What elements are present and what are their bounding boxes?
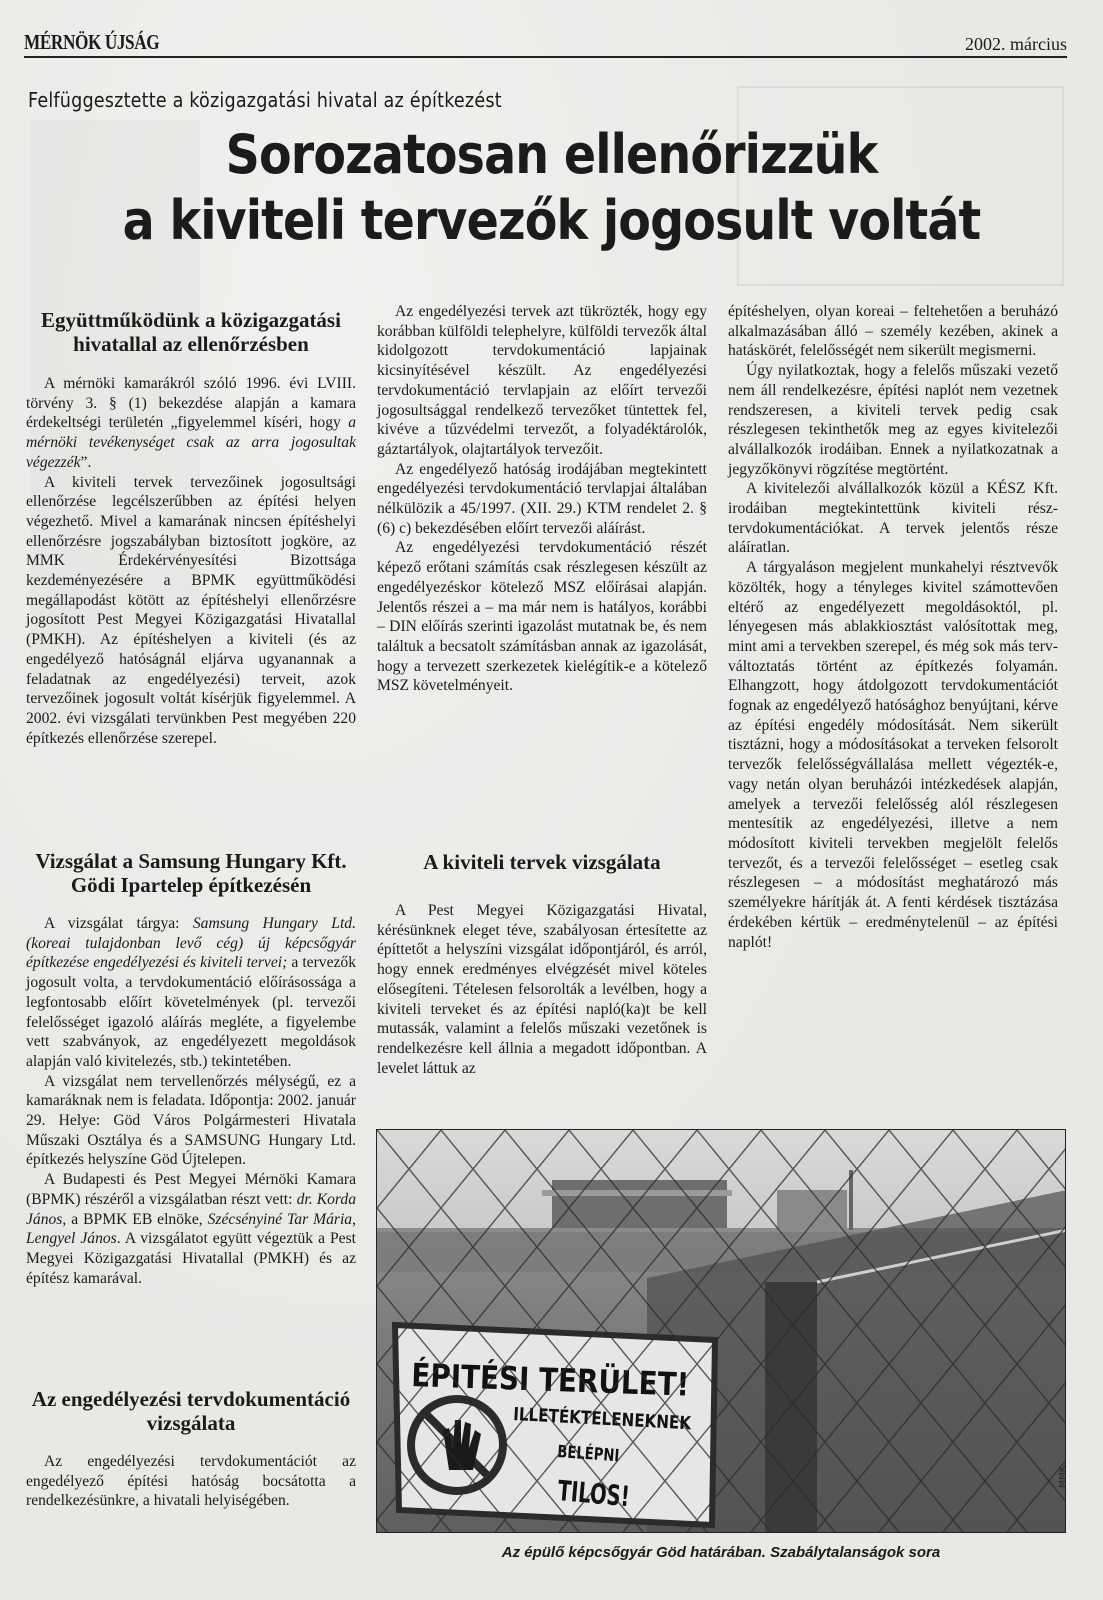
publication-title: MÉRNÖK ÚJSÁG [24,30,159,55]
execution-section-body: A Pest Megyei Közigazgatási Hivatal, kér… [377,901,707,1078]
issue-date: 2002. március [965,34,1067,55]
paragraph: Az engedélyezési tervdokumentáció részét… [377,538,707,696]
subhead-execution-plans: A kiviteli tervek vizsgálata [377,850,707,874]
paragraph: A kiviteli tervek tervezőinek jogosultsá… [26,473,356,749]
paragraph: Az engedélyezési tervek azt tükrözték, h… [377,302,707,460]
subhead-permit-docs: Az engedélyezési tervdokumentáció vizsgá… [26,1387,356,1435]
paragraph: Az engedélyező hatóság irodájában megtek… [377,460,707,539]
construction-site-photo: ÉPITÉSI TERÜLET! ILLETÉKTELENEKNEK BELÉP… [376,1129,1066,1533]
column-1: Együttműködünk a közigazgatási hivatalla… [26,302,356,748]
subhead-cooperation: Együttműködünk a közigazgatási hivatalla… [26,308,356,356]
paragraph: A vizsgálat tárgya: Samsung Hungary Ltd.… [26,914,356,1072]
paragraph: A vizsgálat nem tervellenőrzés mélységű,… [26,1072,356,1171]
paragraph: Úgy nyilatkoztak, hogy a felelős műszaki… [728,361,1058,479]
headline-line-1: Sorozatosan ellenőrizzük [66,122,1037,188]
paragraph: építéshelyen, olyan koreai – feltehetően… [728,302,1058,361]
paragraph: A kivitelezői alvállalkozók közül a KÉSZ… [728,479,1058,558]
newspaper-page: MÉRNÖK ÚJSÁG 2002. március Felfüggesztet… [0,0,1103,1600]
samsung-section-body: A vizsgálat tárgya: Samsung Hungary Ltd.… [26,914,356,1288]
permit-section-body: Az engedélyezési tervdokumentációt az en… [26,1452,356,1511]
paragraph: A Pest Megyei Közigazgatási Hivatal, kér… [377,901,707,1078]
photo-scene: ÉPITÉSI TERÜLET! ILLETÉKTELENEKNEK BELÉP… [377,1130,1066,1533]
paragraph: A mérnöki kamarákról szóló 1996. évi LVI… [26,374,356,473]
column-3: építéshelyen, olyan koreai – feltehetően… [728,302,1058,952]
masthead: MÉRNÖK ÚJSÁG 2002. március [24,28,1067,58]
column-2: Az engedélyezési tervek azt tükrözték, h… [377,302,707,696]
article-headline: Sorozatosan ellenőrizzük a kiviteli terv… [0,122,1103,254]
paragraph: Az engedélyezési tervdokumentációt az en… [26,1452,356,1511]
chain-link-fence [377,1130,1066,1533]
subhead-samsung-inspection: Vizsgálat a Samsung Hungary Kft. Gödi Ip… [26,849,356,897]
paragraph: A tárgyaláson megjelent munkahelyi részt… [728,558,1058,952]
photo-caption: Az épülő képcsőgyár Göd határában. Szabá… [376,1544,1066,1561]
paragraph: A Budapesti és Pest Megyei Mérnöki Kamar… [26,1170,356,1288]
article-kicker: Felfüggesztette a közigazgatási hivatal … [28,88,502,112]
headline-line-2: a kiviteli tervezők jogosult voltát [66,188,1037,254]
photo-credit: MMK [1058,1466,1067,1488]
